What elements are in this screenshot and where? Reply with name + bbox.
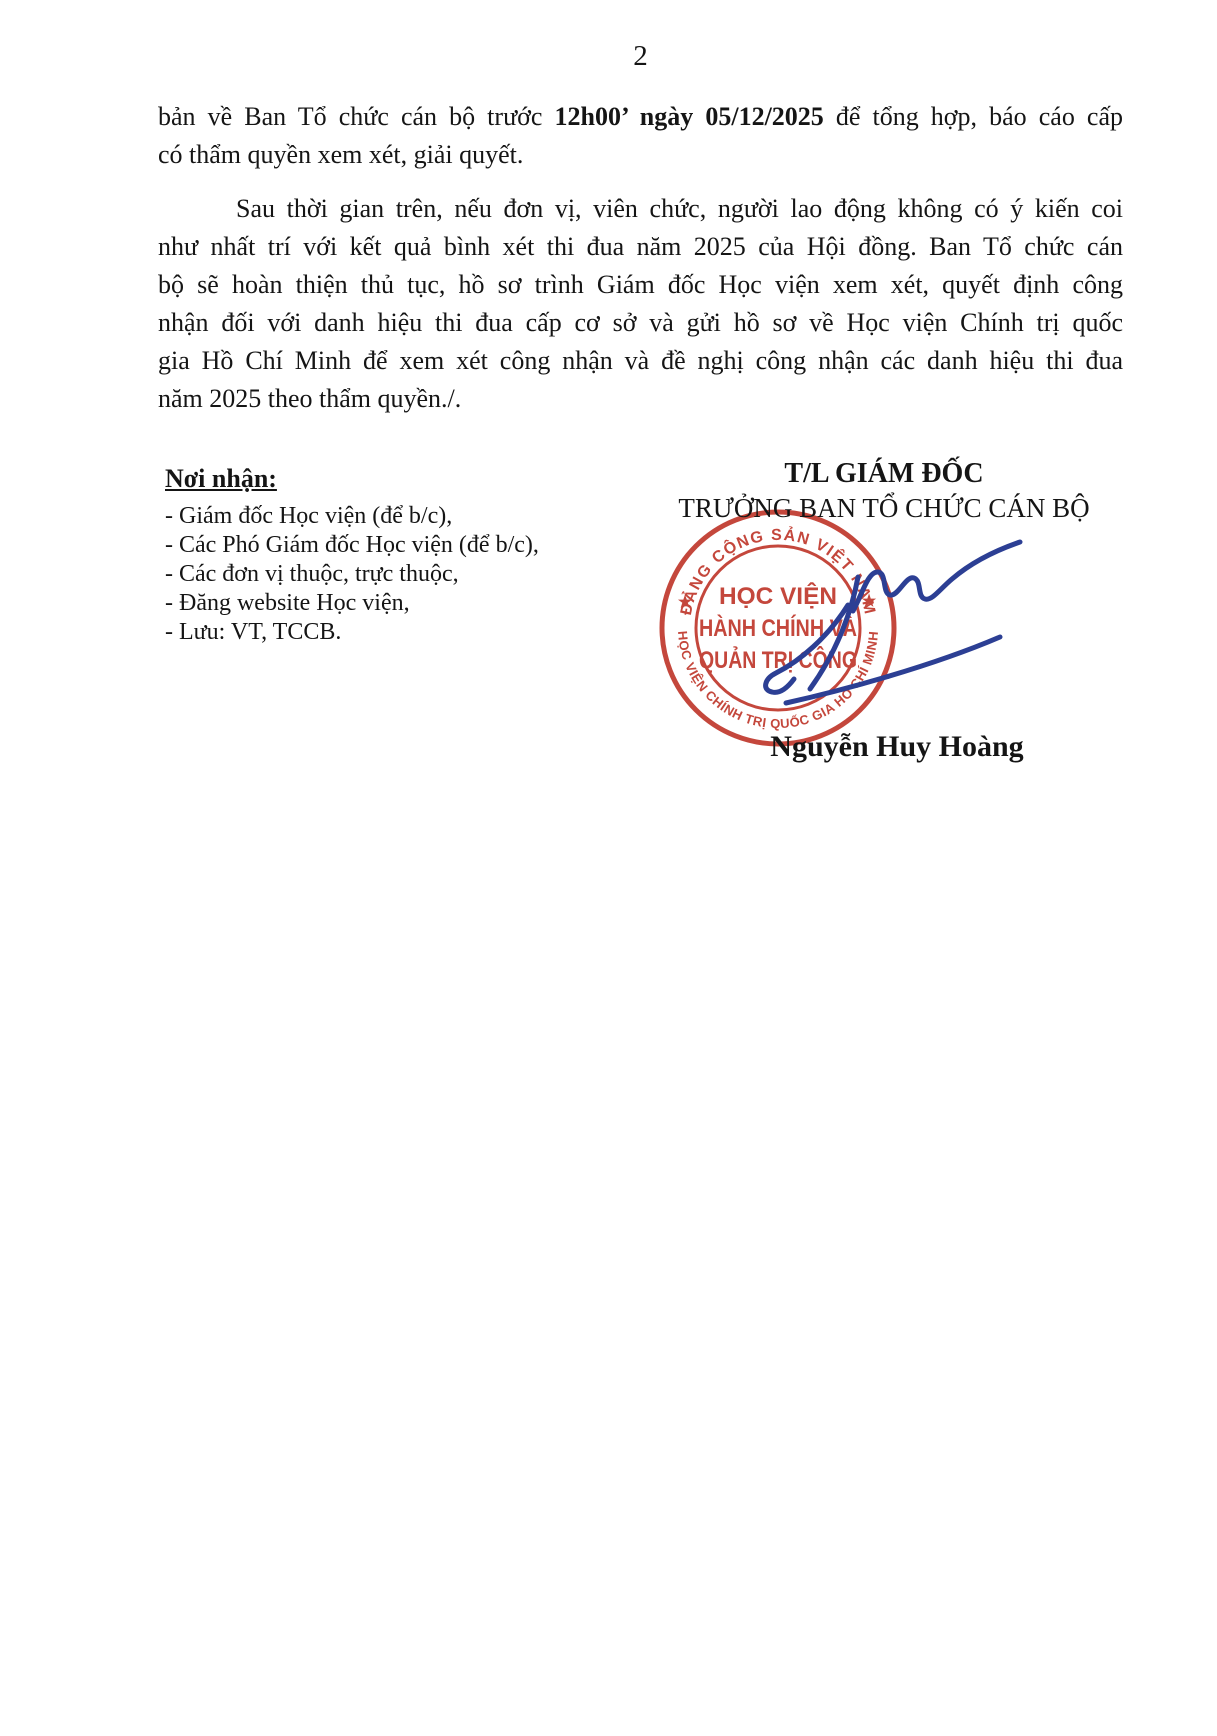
recipients-heading: Nơi nhận: <box>165 462 645 496</box>
para1-text-pre: bản về Ban Tổ chức cán bộ trước <box>158 102 555 131</box>
recipient-item: - Lưu: VT, TCCB. <box>165 618 645 647</box>
paragraph-1-line-1: bản về Ban Tổ chức cán bộ trước 12h00’ n… <box>158 98 1123 136</box>
signature-tall-stroke <box>810 577 858 689</box>
paragraph-2: Sau thời gian trên, nếu đơn vị, viên chứ… <box>158 190 1123 418</box>
recipient-item: - Các Phó Giám đốc Học viện (để b/c), <box>165 531 645 560</box>
signature-underline-flourish <box>786 637 1000 703</box>
stamp-left-star-icon: ★ <box>678 594 693 611</box>
paragraph-1: bản về Ban Tổ chức cán bộ trước 12h00’ n… <box>158 98 1123 174</box>
paragraph-2-line-4: nhận đối với danh hiệu thi đua cấp cơ sở… <box>158 304 1123 342</box>
paragraph-2-line-6: năm 2025 theo thẩm quyền./. <box>158 380 1123 418</box>
signer-name: Nguyễn Huy Hoàng <box>697 730 1097 764</box>
paragraph-2-line-3: bộ sẽ hoàn thiện thủ tục, hồ sơ trình Gi… <box>158 266 1123 304</box>
para1-deadline-bold: 12h00’ ngày 05/12/2025 <box>555 102 824 131</box>
paragraph-1-line-2: có thẩm quyền xem xét, giải quyết. <box>158 136 1123 174</box>
paragraph-2-line-1: Sau thời gian trên, nếu đơn vị, viên chứ… <box>158 190 1123 228</box>
page-number: 2 <box>158 40 1123 73</box>
recipient-item: - Giám đốc Học viện (để b/c), <box>165 502 645 531</box>
para1-text-post: để tổng hợp, báo cáo cấp <box>824 102 1123 131</box>
recipients-block: Nơi nhận: - Giám đốc Học viện (để b/c), … <box>165 462 645 647</box>
signature-entry-stroke <box>853 542 1020 611</box>
recipient-item: - Đăng website Học viện, <box>165 589 645 618</box>
signature-authority-line: T/L GIÁM ĐỐC <box>609 457 1159 491</box>
paragraph-2-line-2: như nhất trí với kết quả bình xét thi đu… <box>158 228 1123 266</box>
paragraph-2-line-5: gia Hồ Chí Minh để xem xét công nhận và … <box>158 342 1123 380</box>
signature <box>720 515 1040 725</box>
document-page: 2 bản về Ban Tổ chức cán bộ trước 12h00’… <box>0 0 1217 1736</box>
recipient-item: - Các đơn vị thuộc, trực thuộc, <box>165 560 645 589</box>
